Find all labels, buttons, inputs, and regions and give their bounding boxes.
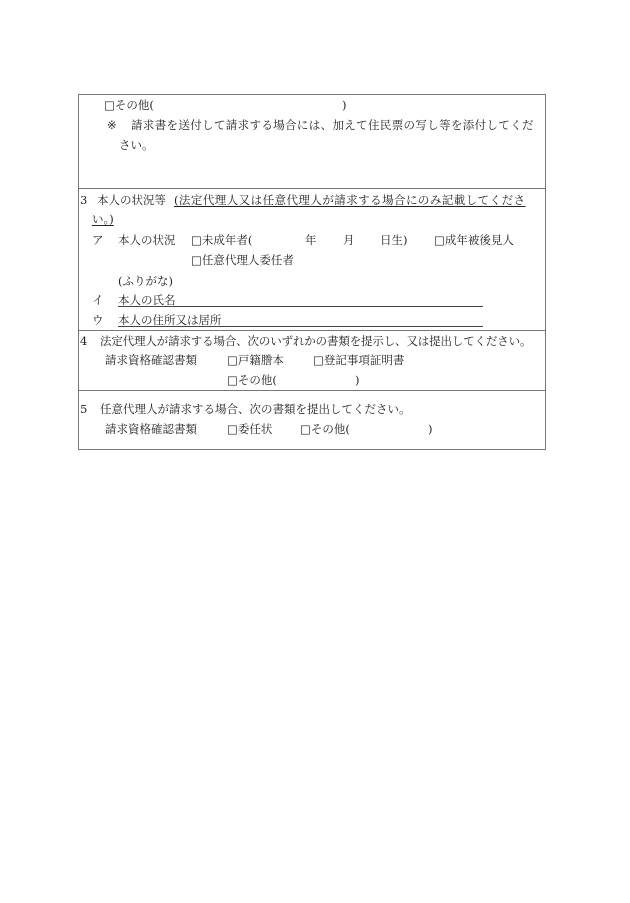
other-close-paren: ) — [342, 98, 347, 112]
address-label: 本人の住所又は居所 — [118, 313, 222, 327]
birth-day-label: 日生) — [380, 233, 408, 247]
section-4-number: 4 — [80, 334, 87, 348]
name-label: 本人の氏名 — [118, 293, 176, 307]
adult-ward-checkbox[interactable]: □成年被後見人 — [434, 233, 514, 247]
registry-certificate-checkbox[interactable]: □登記事項証明書 — [313, 353, 404, 367]
section-4-legal-representative: 4 法定代理人が請求する場合、次のいずれかの書類を提示し、又は提出してください。… — [79, 331, 545, 390]
item-a-label: 本人の状況 — [118, 233, 176, 247]
furigana-label: (ふりがな) — [118, 274, 173, 288]
section-4-title: 法定代理人が請求する場合、次のいずれかの書類を提示し、又は提出してください。 — [100, 334, 531, 348]
section-5-number: 5 — [80, 402, 87, 416]
minor-checkbox[interactable]: □未成年者( — [191, 233, 252, 247]
item-u-marker: ウ — [92, 313, 104, 327]
note-text-line2: さい。 — [119, 138, 154, 152]
section-3-title: 本人の状況等 — [97, 193, 166, 207]
section-4-doc-label: 請求資格確認書類 — [105, 353, 197, 367]
section-submission-docs: □その他( ) ※ 請求書を送付して請求する場合には、加えて住民票の写し等を添付… — [79, 95, 545, 188]
principal-checkbox[interactable]: □任意代理人委任者 — [191, 253, 294, 267]
request-form-box: □その他( ) ※ 請求書を送付して請求する場合には、加えて住民票の写し等を添付… — [78, 94, 546, 450]
section-5-other-close-paren: ) — [428, 422, 433, 436]
section-4-other-checkbox[interactable]: □その他( — [227, 373, 277, 387]
item-a-marker: ア — [92, 233, 104, 247]
section-5-voluntary-agent: 5 任意代理人が請求する場合、次の書類を提出してください。 請求資格確認書類 □… — [79, 391, 545, 449]
section-3-number: 3 — [80, 193, 87, 207]
note-mark: ※ — [107, 118, 117, 132]
section-4-other-close-paren: ) — [355, 373, 360, 387]
birth-month-label: 月 — [343, 233, 355, 247]
section-3-note-line2: い。) — [92, 212, 114, 226]
section-5-title: 任意代理人が請求する場合、次の書類を提出してください。 — [100, 402, 411, 416]
section-3-person-status: 3 本人の状況等 (法定代理人又は任意代理人が請求する場合にのみ記載してくださ … — [79, 189, 545, 330]
note-text-line1: 請求書を送付して請求する場合には、加えて住民票の写し等を添付してくだ — [131, 118, 534, 132]
birth-year-label: 年 — [305, 233, 317, 247]
address-input-line[interactable] — [118, 326, 483, 327]
section-5-other-checkbox[interactable]: □その他( — [300, 422, 350, 436]
section-5-doc-label: 請求資格確認書類 — [105, 422, 197, 436]
item-i-marker: イ — [92, 293, 104, 307]
name-input-line[interactable] — [118, 306, 483, 307]
family-register-checkbox[interactable]: □戸籍謄本 — [227, 353, 284, 367]
section-3-note-line1: (法定代理人又は任意代理人が請求する場合にのみ記載してくださ — [174, 193, 525, 207]
other-checkbox[interactable]: □その他( — [104, 98, 154, 112]
proxy-letter-checkbox[interactable]: □委任状 — [227, 422, 272, 436]
